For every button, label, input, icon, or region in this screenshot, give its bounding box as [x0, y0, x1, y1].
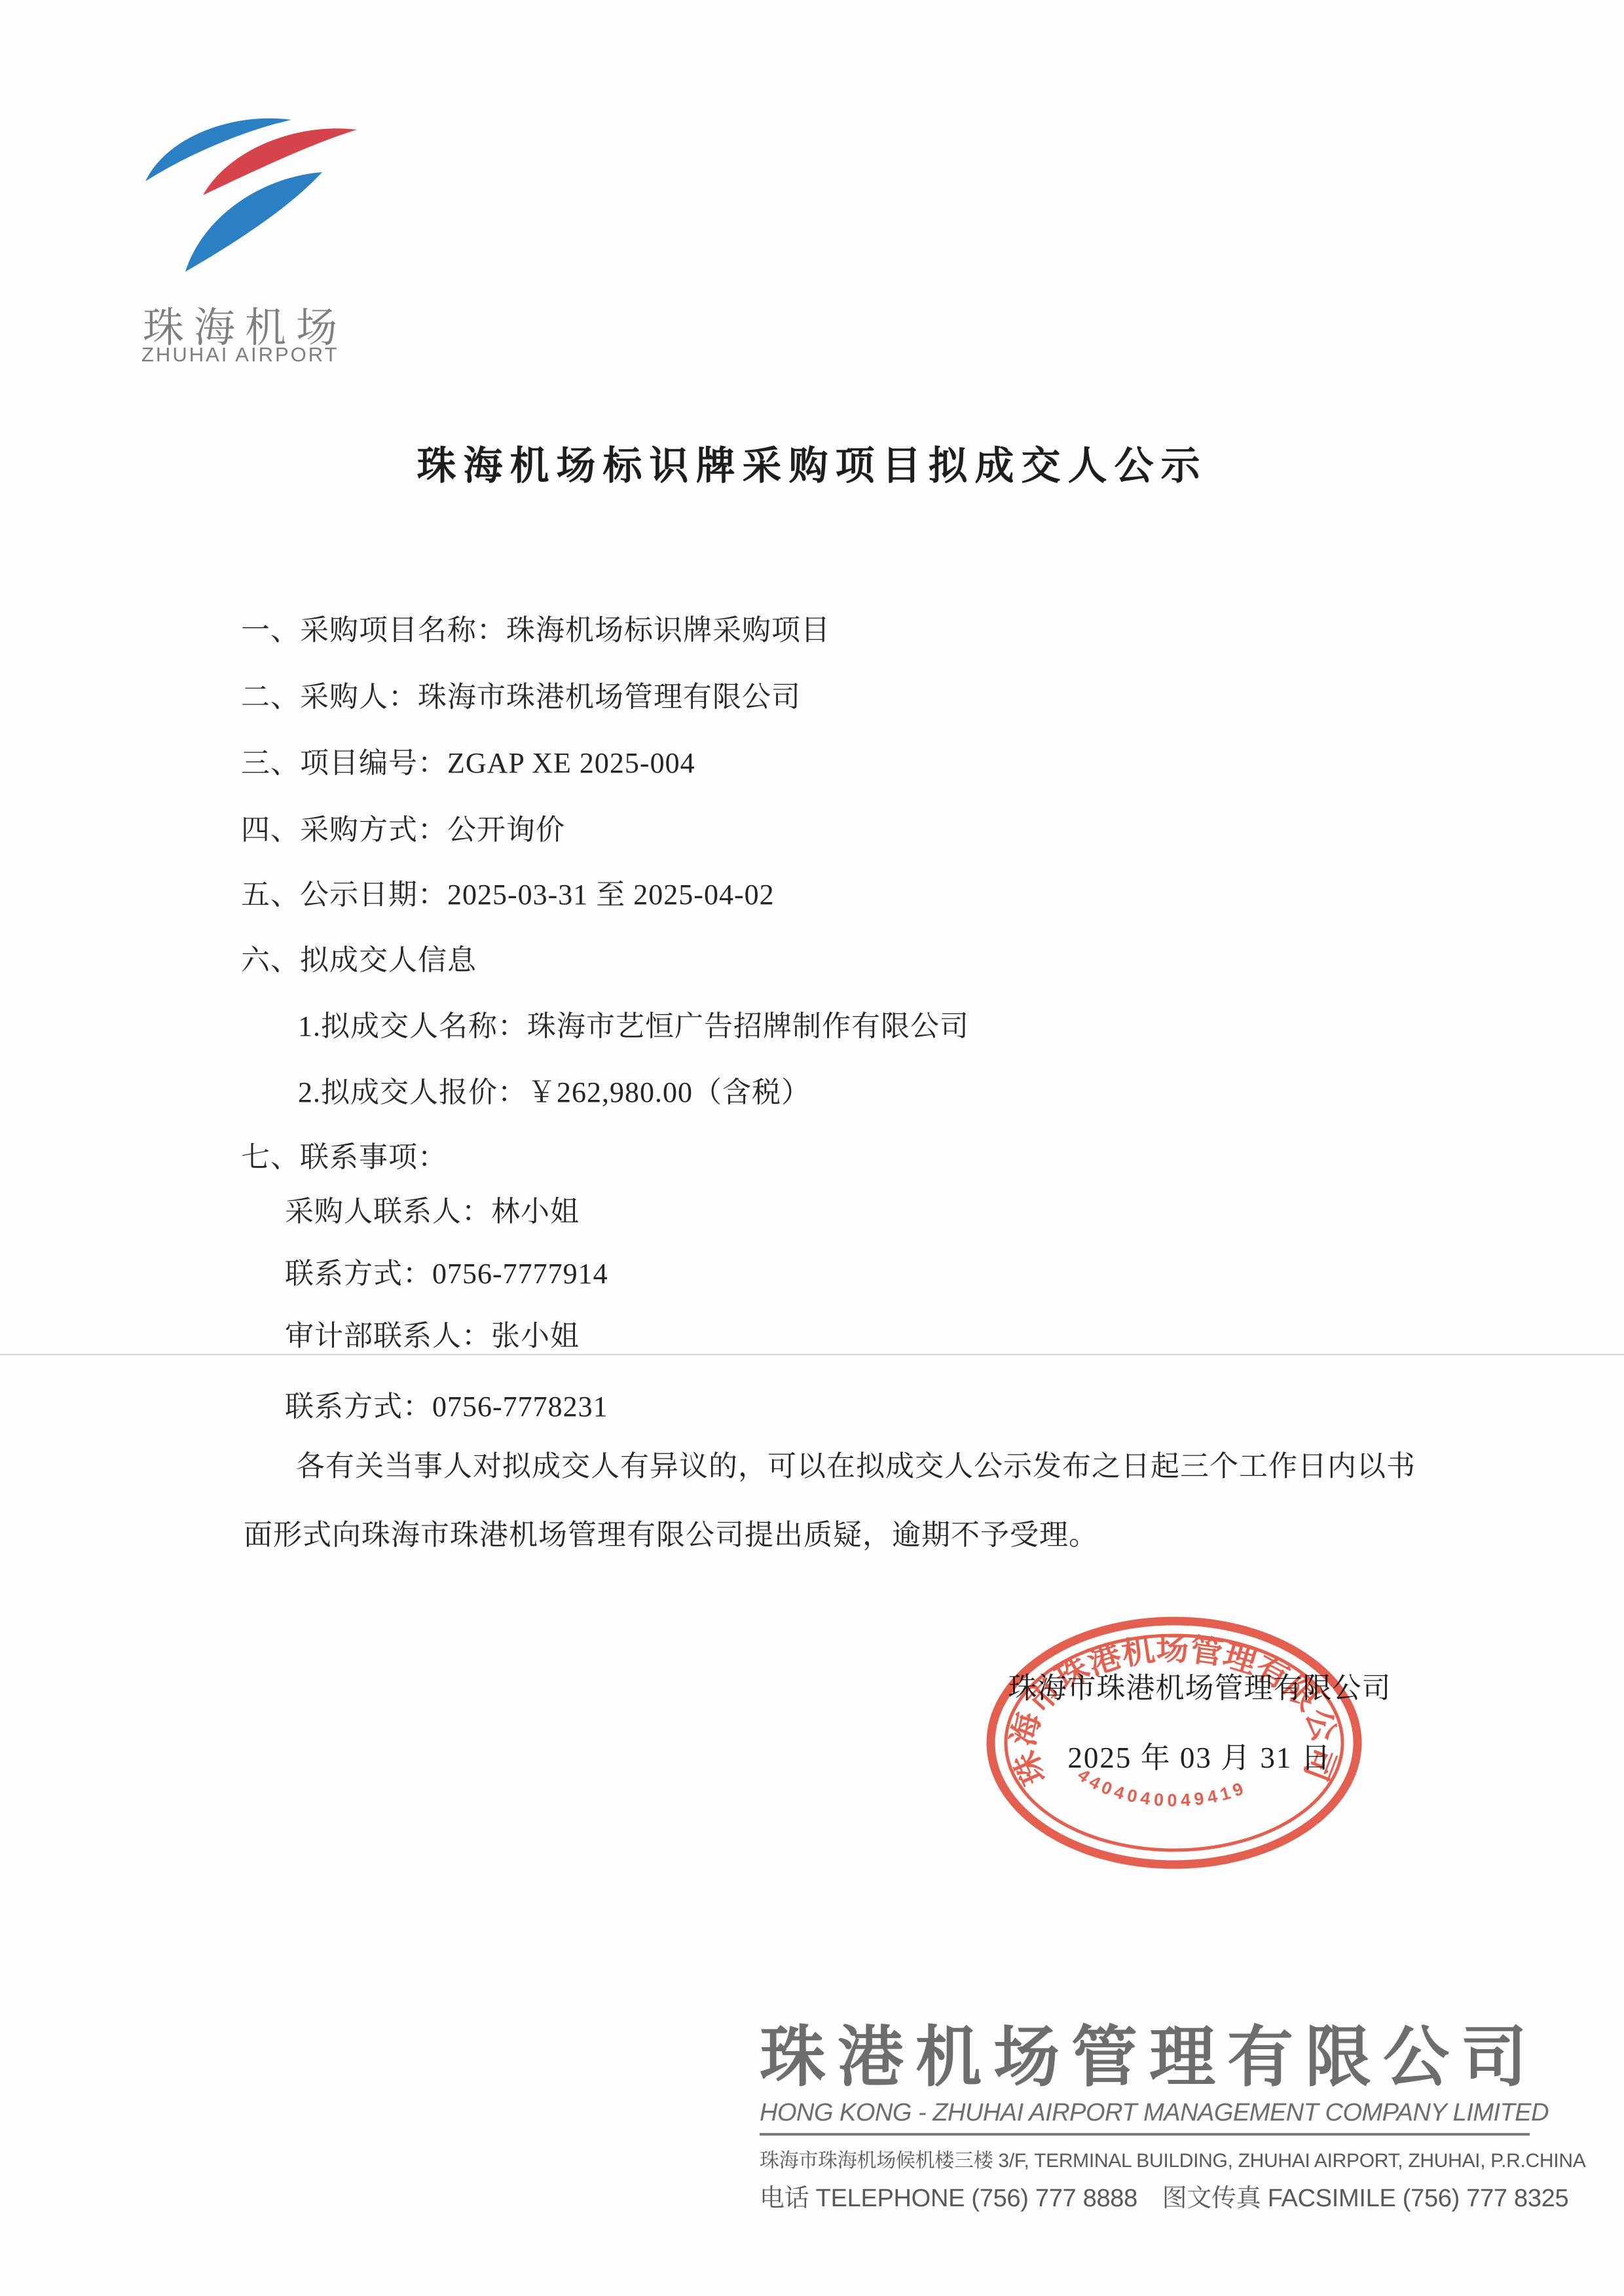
list-item-5: 五、公示日期：2025-03-31 至 2025-04-02 — [241, 871, 775, 913]
contact-line-4: 联系方式：0756-7778231 — [285, 1383, 608, 1425]
seal-serial-number: 4404040049419 — [1074, 1765, 1246, 1810]
seal-ring-text: 珠海市珠港机场管理有限公司 — [1006, 1632, 1342, 1789]
company-seal-stamp: 珠海市珠港机场管理有限公司 4404040049419 — [981, 1612, 1367, 1874]
list-item-3: 三、项目编号：ZGAP XE 2025-004 — [241, 739, 695, 781]
svg-text:4404040049419: 4404040049419 — [1074, 1765, 1246, 1810]
contact-line-3: 审计部联系人：张小姐 — [285, 1312, 580, 1354]
list-item-7: 七、联系事项： — [241, 1133, 447, 1175]
footer-company-en: HONG KONG - ZHUHAI AIRPORT MANAGEMENT CO… — [760, 2099, 1543, 2127]
contact-line-2: 联系方式：0756-7777914 — [285, 1250, 608, 1292]
logo-en-text: ZHUHAI AIRPORT — [141, 343, 339, 367]
footer-divider — [760, 2133, 1530, 2136]
list-item-6: 六、拟成交人信息 — [241, 936, 477, 978]
document-page: 珠海机场 ZHUHAI AIRPORT 珠海机场标识牌采购项目拟成交人公示 一、… — [0, 0, 1624, 2296]
sub-item-1: 1.拟成交人名称：珠海市艺恒广告招牌制作有限公司 — [298, 1002, 969, 1044]
svg-text:珠海市珠港机场管理有限公司: 珠海市珠港机场管理有限公司 — [1006, 1632, 1342, 1789]
sub-item-2: 2.拟成交人报价：￥262,980.00（含税） — [298, 1068, 811, 1110]
scan-seam-line — [0, 1354, 1624, 1355]
list-item-4: 四、采购方式：公开询价 — [241, 806, 565, 848]
contact-line-1: 采购人联系人：林小姐 — [285, 1188, 580, 1230]
footer-company-cn: 珠港机场管理有限公司 — [760, 2023, 1543, 2092]
page-title: 珠海机场标识牌采购项目拟成交人公示 — [0, 435, 1624, 491]
list-item-2: 二、采购人：珠海市珠港机场管理有限公司 — [241, 673, 801, 715]
footer-phone-fax: 电话 TELEPHONE (756) 777 8888 图文传真 FACSIMI… — [760, 2178, 1543, 2214]
logo-swoosh-blue-bottom — [185, 172, 322, 272]
letterhead-footer: 珠港机场管理有限公司 HONG KONG - ZHUHAI AIRPORT MA… — [760, 2023, 1543, 2214]
zhuhai-airport-logo-icon — [138, 115, 367, 278]
closing-paragraph-line-1: 各有关当事人对拟成交人有异议的，可以在拟成交人公示发布之日起三个工作日内以书 — [296, 1442, 1416, 1484]
list-item-1: 一、采购项目名称：珠海机场标识牌采购项目 — [241, 606, 830, 648]
closing-paragraph-line-2: 面形式向珠海市珠港机场管理有限公司提出质疑，逾期不予受理。 — [244, 1511, 1098, 1553]
footer-address: 珠海市珠海机场候机楼三楼 3/F, TERMINAL BUILDING, ZHU… — [760, 2144, 1543, 2173]
